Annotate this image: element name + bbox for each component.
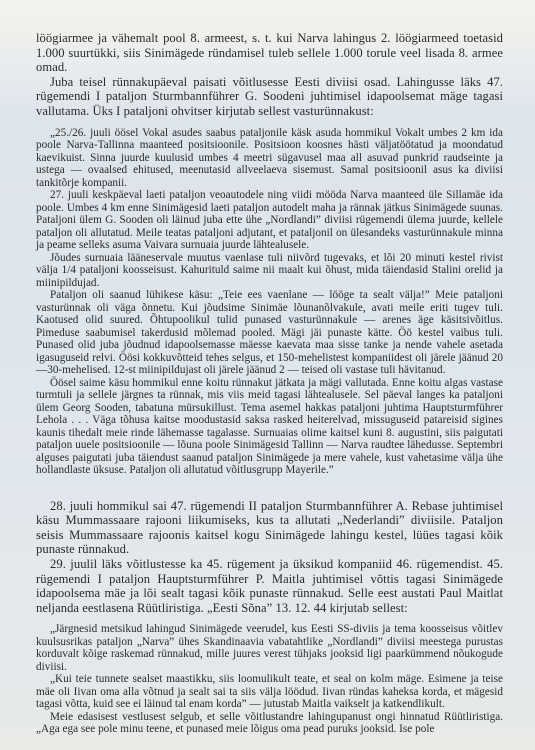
middle-section: 28. juuli hommikul sai 47. rügemendi II … bbox=[36, 499, 503, 616]
intro-section: löögiarmee ja vähemalt pool 8. armeest, … bbox=[36, 31, 503, 119]
quote-1-paragraph-2: 27. juuli keskpäeval laeti pataljon veoa… bbox=[36, 189, 503, 252]
quote-1-paragraph-3: Jõudes surnuaia lääneservale muutus vaen… bbox=[36, 252, 503, 290]
paragraph-middle-2: 29. juulil läks võitlustesse ka 45. rüge… bbox=[36, 557, 503, 615]
quote-1-paragraph-4: Pataljon oli saanud lühikese käsu: „Teie… bbox=[36, 289, 503, 377]
paragraph-intro-2: Juba teisel rünnakupäeval paisati võitlu… bbox=[36, 75, 503, 119]
quote-1-paragraph-1: „25./26. juuli öösel Vokal asudes saabus… bbox=[36, 127, 503, 190]
quote-1-paragraph-5: Öösel saime käsu hommikul enne koitu rün… bbox=[36, 377, 503, 477]
officer-quote-block: „25./26. juuli öösel Vokal asudes saabus… bbox=[36, 127, 503, 477]
paragraph-intro-1: löögiarmee ja vähemalt pool 8. armeest, … bbox=[36, 31, 503, 75]
newspaper-quote-block: „Järgnesid metsikud lahingud Sinimägede … bbox=[36, 623, 503, 736]
paragraph-middle-1: 28. juuli hommikul sai 47. rügemendi II … bbox=[36, 499, 503, 557]
quote-2-paragraph-1: „Järgnesid metsikud lahingud Sinimägede … bbox=[36, 623, 503, 673]
quote-2-paragraph-3: Meie edasisest vestlusest selgub, et sel… bbox=[36, 711, 503, 736]
book-page: löögiarmee ja vähemalt pool 8. armeest, … bbox=[36, 31, 503, 736]
quote-2-paragraph-2: „Kui teie tunnete sealset maastikku, sii… bbox=[36, 673, 503, 711]
